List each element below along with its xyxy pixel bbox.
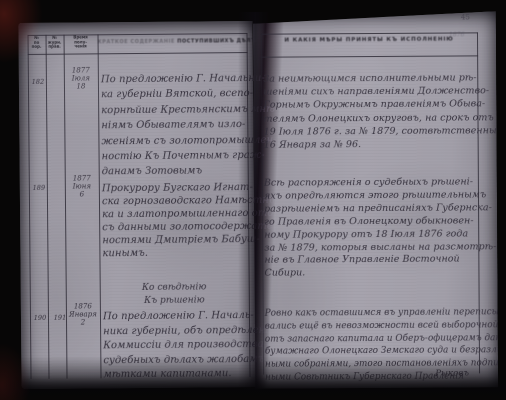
- handwritten-line: корнѣйше Крестьянскимъ мнѣ-: [101, 102, 278, 119]
- left-page: № по пор. № журн. прав. Время полу- чені…: [18, 21, 255, 389]
- handwritten-line: ностію Къ Почетнымъ граж-: [102, 148, 279, 165]
- handwritten-line: 16 Января за № 96.: [264, 137, 476, 151]
- handwritten-line: По предложенію Г. Начальни-: [101, 71, 278, 88]
- table-rule-header-bottom: [28, 52, 248, 55]
- handwritten-line: ніе въ Главное Управленіе Восточной: [264, 254, 476, 268]
- margin-scribble: 1876: [449, 31, 465, 38]
- section-heading: Ко свѣдѣнію: [100, 281, 249, 295]
- right-page-caption: И КАКІЯ МѢРЫ ПРИНЯТЫ КЪ ИСПОЛНЕНІЮ: [261, 36, 477, 43]
- handwritten-line: 19 Іюля 1876 г. за № 1879, соотвѣтственн…: [264, 124, 476, 138]
- table-rule-col2: [46, 35, 50, 379]
- handwritten-line: шеніями сихъ направленіями Долженство-: [263, 85, 475, 99]
- resolution-paragraph: Всѣ распоряженія о судебныхъ рѣшені- яхъ…: [264, 176, 477, 281]
- page-number: 45: [461, 13, 470, 21]
- column-header-journal: № журн. прав.: [46, 36, 64, 50]
- handwritten-line: разрѣшеніемъ на предписаніяхъ Губернска-: [264, 202, 476, 216]
- left-page-caption: КРАТКОЕ СОДЕРЖАНІЕ ПОСТУПИВШИХЪ ДѢЛЪ: [98, 38, 247, 45]
- section-headings: Ко свѣдѣнію Къ рѣшенію: [100, 281, 249, 308]
- resolution-paragraph: За неимѣющимся исполнительными рѣ- шенія…: [263, 71, 475, 152]
- handwritten-line: женіямъ съ золотопромышлен-: [101, 132, 278, 149]
- handwritten-line: за № 1879, которыя высланы на разсмотрѣ-: [264, 241, 476, 255]
- handwritten-line: Сибири.: [264, 267, 476, 281]
- handwritten-line: За неимѣющимся исполнительными рѣ-: [263, 71, 475, 85]
- entry-date: 1877 Іюня 6: [65, 174, 99, 198]
- handwritten-line: вались ещё въ невозможности всей выбороч…: [265, 319, 477, 333]
- entry-number: 190: [29, 315, 51, 322]
- section-heading: Къ рѣшенію: [100, 294, 249, 308]
- entry-date: 1877 Іюля 18: [64, 66, 98, 90]
- handwritten-line: бумажнаго Олонецкаго Земскаго суда и без…: [265, 345, 477, 359]
- handwritten-line: Горнымъ Окружнымъ правленіямъ Обыва-: [263, 98, 475, 112]
- entry-text: По предложенію Г. Начальни- ка губерніи …: [101, 71, 279, 180]
- handwritten-line: го Правленія въ Олонецкому обыкновен-: [264, 215, 476, 229]
- handwritten-line: отъ запаснаго капитала и Оберъ-офицерамъ…: [265, 332, 477, 346]
- photographed-ledger-spread: № по пор. № журн. прав. Время полу- чені…: [0, 0, 506, 400]
- entry-date: 1876 Января 2: [66, 302, 100, 326]
- handwritten-line: ному Прокурору отъ 18 Іюля 1876 года: [264, 228, 476, 242]
- handwritten-line: Ровно какъ оставшимся въ управленіи пере…: [265, 306, 477, 320]
- handwritten-line: яхъ опредѣляются этого рѣшительнымъ: [264, 189, 476, 203]
- column-header-received: Время полу- ченія: [64, 35, 98, 49]
- header-rule-top: [261, 32, 478, 35]
- left-caption-bold-part: ПОСТУПИВШИХЪ ДѢЛЪ: [177, 38, 256, 45]
- handwritten-line: Всѣ распоряженія о судебныхъ рѣшені-: [264, 176, 476, 190]
- left-caption-faint-part: КРАТКОЕ СОДЕРЖАНІЕ: [98, 39, 175, 46]
- header-rule-bottom: [261, 55, 478, 57]
- column-header-number: № по пор.: [28, 36, 46, 50]
- handwritten-line: ніямъ Обывателямъ изло-: [101, 117, 278, 134]
- handwritten-line: ка губерніи Вятской, всепо-: [101, 86, 278, 103]
- entry-number: 182: [27, 79, 49, 86]
- handwritten-line: телямъ Олонецкихъ округовъ, на срокъ отъ: [263, 111, 475, 125]
- signature: Рыковъ: [375, 368, 469, 379]
- register-entry: 182 1877 Іюля 18 По предложенію Г. Начал…: [19, 65, 253, 67]
- table-rule-col1: [28, 35, 32, 379]
- handwritten-line: данамъ Зотовымъ: [102, 163, 279, 180]
- entry-number: 189: [28, 185, 50, 192]
- right-page: 45 И КАКІЯ МѢРЫ ПРИНЯТЫ КЪ ИСПОЛНЕНІЮ 18…: [253, 11, 498, 388]
